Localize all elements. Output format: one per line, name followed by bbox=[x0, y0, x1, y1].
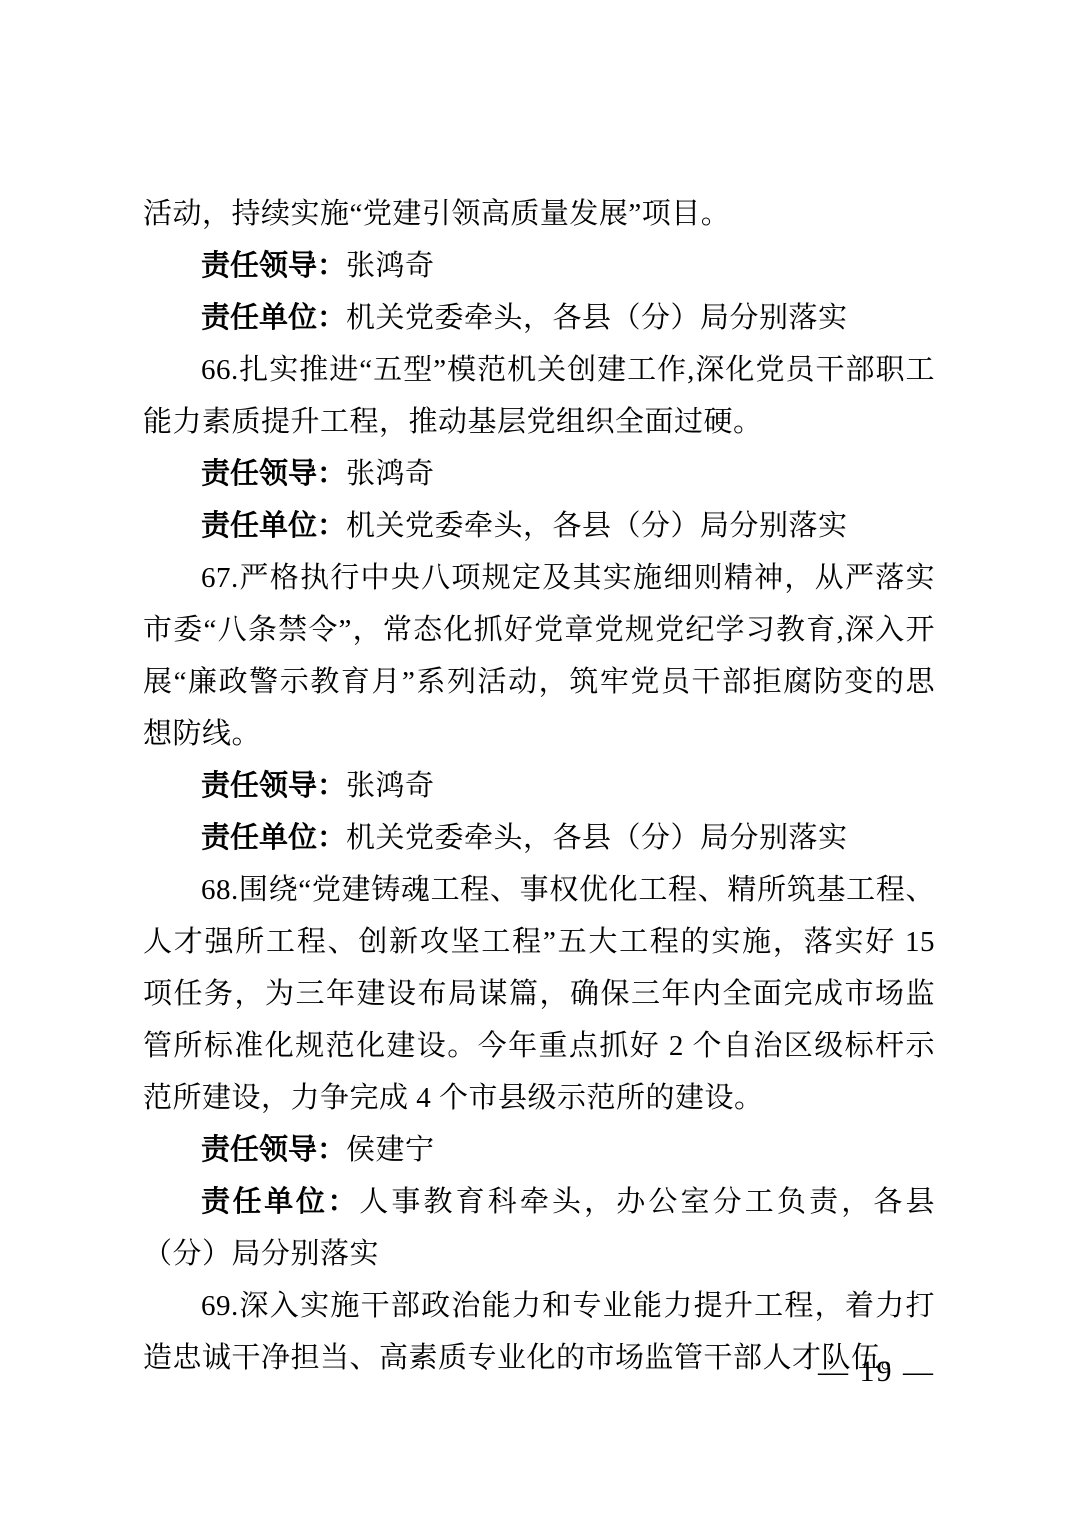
responsibility-leader-line: 责任领导：张鸿奇 bbox=[143, 240, 935, 292]
paragraph-item-69: 69.深入实施干部政治能力和专业能力提升工程，着力打造忠诚干净担当、高素质专业化… bbox=[143, 1280, 935, 1384]
paragraph-item-68: 68.围绕“党建铸魂工程、事权优化工程、精所筑基工程、人才强所工程、创新攻坚工程… bbox=[143, 864, 935, 1124]
responsibility-leader-label: 责任领导： bbox=[201, 1134, 346, 1166]
paragraph-continuation: 活动，持续实施“党建引领高质量发展”项目。 bbox=[143, 188, 935, 240]
responsibility-unit-label: 责任单位： bbox=[201, 1186, 359, 1218]
responsibility-leader-value: 张鸿奇 bbox=[346, 250, 435, 282]
responsibility-unit-value: 机关党委牵头，各县（分）局分别落实 bbox=[346, 302, 848, 334]
document-page: 活动，持续实施“党建引领高质量发展”项目。 责任领导：张鸿奇 责任单位：机关党委… bbox=[0, 0, 1074, 1520]
responsibility-leader-label: 责任领导： bbox=[201, 458, 346, 490]
responsibility-unit-label: 责任单位： bbox=[201, 510, 346, 542]
responsibility-leader-label: 责任领导： bbox=[201, 250, 346, 282]
responsibility-leader-value: 侯建宁 bbox=[346, 1134, 435, 1166]
responsibility-unit-label: 责任单位： bbox=[201, 302, 346, 334]
page-number: — 19 — bbox=[818, 1355, 935, 1388]
responsibility-leader-value: 张鸿奇 bbox=[346, 770, 435, 802]
responsibility-leader-line: 责任领导：侯建宁 bbox=[143, 1124, 935, 1176]
responsibility-unit-line: 责任单位：机关党委牵头，各县（分）局分别落实 bbox=[143, 812, 935, 864]
responsibility-unit-value: 机关党委牵头，各县（分）局分别落实 bbox=[346, 822, 848, 854]
document-body: 活动，持续实施“党建引领高质量发展”项目。 责任领导：张鸿奇 责任单位：机关党委… bbox=[143, 188, 935, 1384]
responsibility-unit-value: 机关党委牵头，各县（分）局分别落实 bbox=[346, 510, 848, 542]
responsibility-unit-line: 责任单位：机关党委牵头，各县（分）局分别落实 bbox=[143, 292, 935, 344]
responsibility-leader-value: 张鸿奇 bbox=[346, 458, 435, 490]
responsibility-unit-label: 责任单位： bbox=[201, 822, 346, 854]
responsibility-unit-line: 责任单位：人事教育科牵头，办公室分工负责，各县（分）局分别落实 bbox=[143, 1176, 935, 1280]
responsibility-leader-line: 责任领导：张鸿奇 bbox=[143, 448, 935, 500]
page-footer: — 19 — bbox=[818, 1352, 935, 1392]
responsibility-leader-label: 责任领导： bbox=[201, 770, 346, 802]
responsibility-unit-line: 责任单位：机关党委牵头，各县（分）局分别落实 bbox=[143, 500, 935, 552]
paragraph-item-67: 67.严格执行中央八项规定及其实施细则精神，从严落实市委“八条禁令”，常态化抓好… bbox=[143, 552, 935, 760]
responsibility-leader-line: 责任领导：张鸿奇 bbox=[143, 760, 935, 812]
paragraph-item-66: 66.扎实推进“五型”模范机关创建工作,深化党员干部职工能力素质提升工程，推动基… bbox=[143, 344, 935, 448]
